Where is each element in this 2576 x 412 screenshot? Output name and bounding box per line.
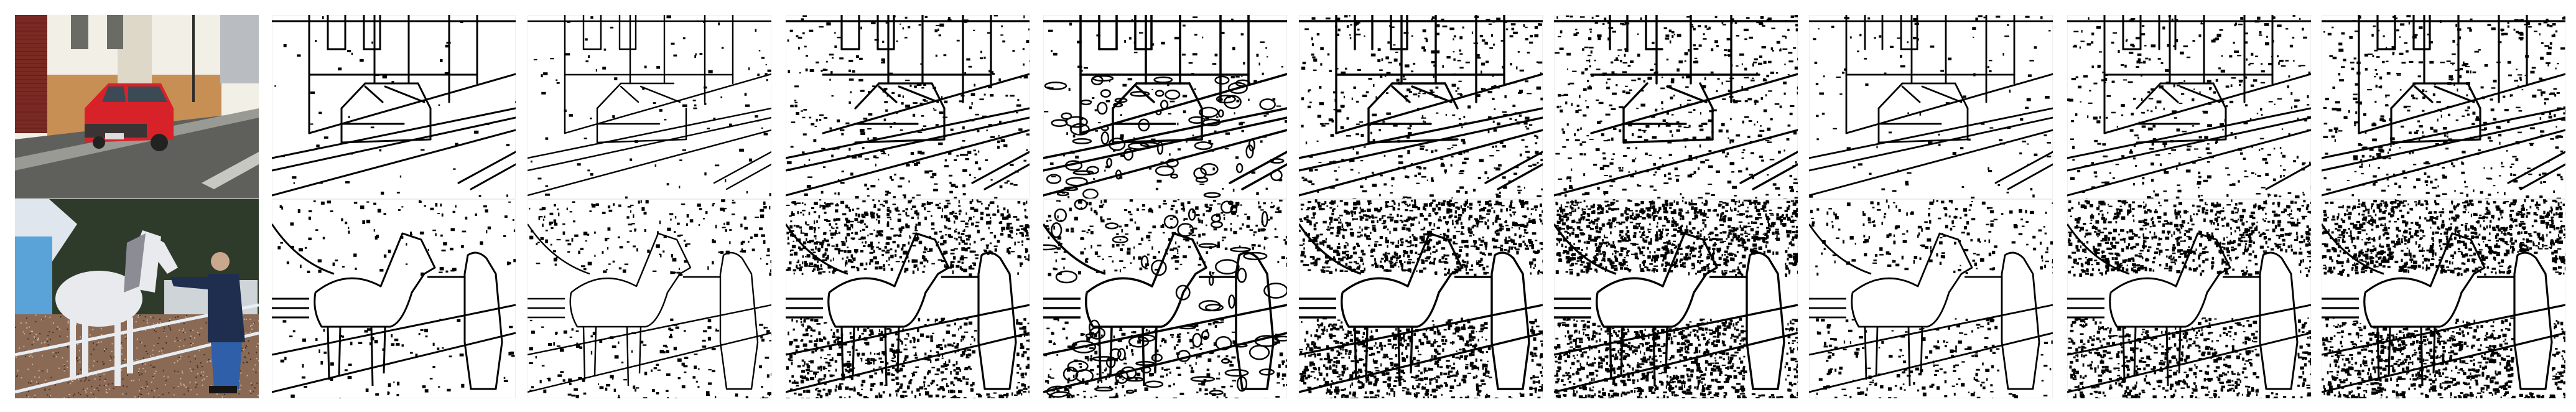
- horse-edge-map-9: [2322, 199, 2565, 398]
- car-edge-map-3: [786, 15, 1030, 199]
- horse-edge-map-8: [2067, 199, 2311, 398]
- car-edge-map-4: [1043, 15, 1287, 199]
- car-edge-map-9: [2322, 15, 2565, 199]
- car-source-photo: [15, 15, 259, 199]
- horse-edge-map-2: [528, 199, 771, 398]
- car-edge-map-5: [1299, 15, 1543, 199]
- horse-edge-map-6: [1554, 199, 1798, 398]
- horse-edge-map-7: [1809, 199, 2053, 398]
- car-edge-map-7: [1809, 15, 2053, 199]
- car-edge-map-1: [272, 15, 516, 199]
- car-edge-map-2: [528, 15, 771, 199]
- car-edge-map-6: [1554, 15, 1798, 199]
- horse-edge-map-3: [786, 199, 1030, 398]
- horse-source-photo: [15, 199, 259, 398]
- edge-detection-figure: [0, 0, 2576, 412]
- horse-edge-map-1: [272, 199, 516, 398]
- horse-edge-map-4: [1043, 199, 1287, 398]
- car-edge-map-8: [2067, 15, 2311, 199]
- horse-edge-map-5: [1299, 199, 1543, 398]
